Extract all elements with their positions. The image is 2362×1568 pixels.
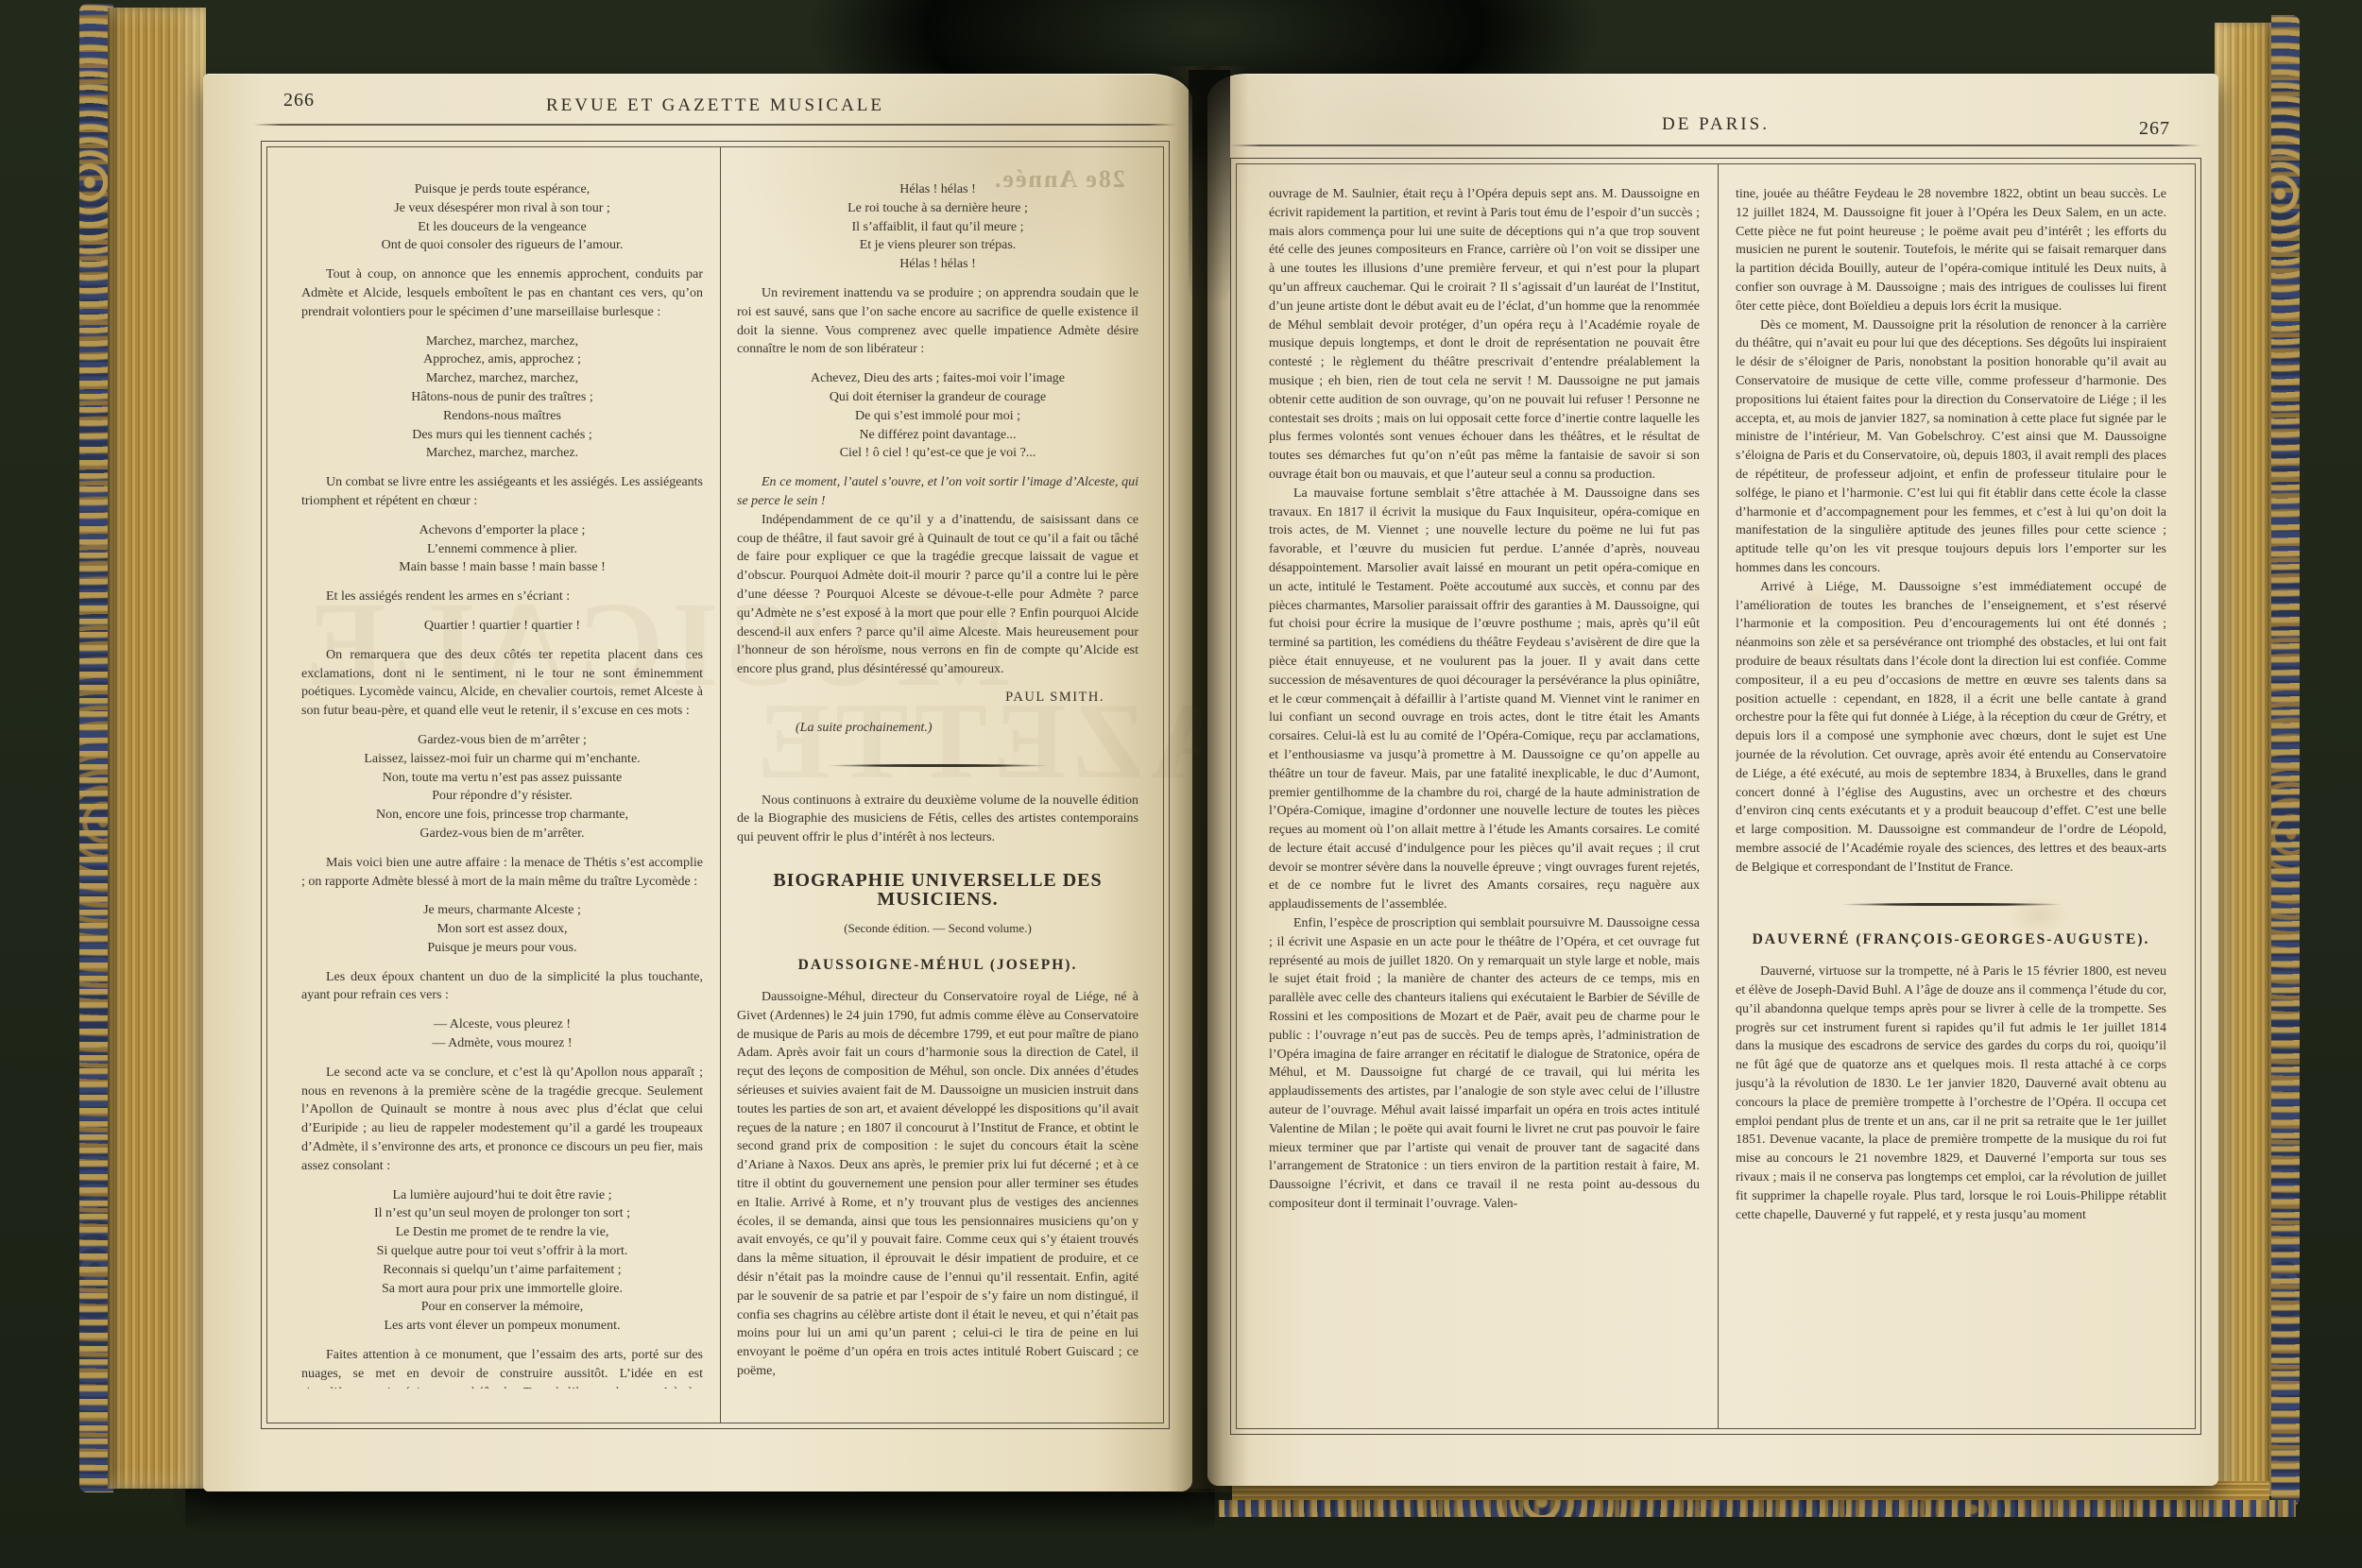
book-cover-edge-bottom — [1219, 1500, 2296, 1517]
column: tine, jouée au théâtre Feydeau le 28 nov… — [1736, 185, 2166, 1396]
verse-line: De qui s’est immolé pour moi ; — [737, 407, 1138, 426]
running-title-left: REVUE ET GAZETTE MUSICALE — [261, 95, 1170, 116]
verse-line: Gardez-vous bien de m’arrêter ; — [301, 731, 703, 750]
verse-line: Le Destin me promet de te rendre la vie, — [301, 1223, 703, 1242]
verse-line: Je veux désespérer mon rival à son tour … — [301, 199, 703, 218]
verse-line: Reconnais si quelqu’un t’aime parfaiteme… — [301, 1261, 703, 1280]
verse-line: Gardez-vous bien de m’arrêter. — [301, 825, 703, 844]
verse-line: Et je viens pleurer son trépas. — [737, 236, 1138, 255]
verse-line: Ne différez point davantage... — [737, 426, 1138, 445]
verse-line: Laissez, laissez-moi fuir un charme qui … — [301, 750, 703, 769]
verse-line: Marchez, marchez, marchez, — [301, 369, 703, 388]
verse-line: L’ennemi commence à plier. — [301, 540, 703, 559]
paragraph: Et les assiégés rendent les armes en s’é… — [301, 588, 703, 606]
paragraph: Dauverné, virtuose sur la trompette, né … — [1736, 963, 2166, 1224]
text-frame-left: Puisque je perds toute espérance,Je veux… — [261, 141, 1170, 1429]
paragraph: On remarquera que des deux côtés ter rep… — [301, 646, 703, 721]
paragraph: La mauvaise fortune semblait s’être atta… — [1269, 485, 1700, 914]
column-divider — [1718, 164, 1719, 1428]
verse-line: Ont de quoi consoler des rigueurs de l’a… — [301, 236, 703, 255]
verse-line: Hélas ! hélas ! — [737, 255, 1138, 274]
column-divider — [720, 147, 721, 1423]
entry-heading: DAUVERNÉ (FRANÇOIS-GEORGES-AUGUSTE). — [1736, 930, 2166, 949]
text-frame-right: ouvrage de M. Saulnier, était reçu à l’O… — [1230, 158, 2201, 1435]
paragraph: ouvrage de M. Saulnier, était reçu à l’O… — [1269, 185, 1700, 485]
page-left: 28e Année. MUSICALE GAZETTE 266 REVUE ET… — [203, 74, 1192, 1491]
verse-line: Je meurs, charmante Alceste ; — [301, 901, 703, 920]
verse: Quartier ! quartier ! quartier ! — [301, 617, 703, 636]
verse-line: Pour répondre d’y résister. — [301, 787, 703, 806]
verse-line: Non, toute ma vertu n’est pas assez puis… — [301, 769, 703, 788]
verse-line: Et les douceurs de la vengeance — [301, 218, 703, 237]
column: Puisque je perds toute espérance,Je veux… — [301, 170, 703, 1389]
entry-heading: DAUSSOIGNE-MÉHUL (JOSEPH). — [737, 956, 1138, 975]
page-shadow — [185, 1489, 1215, 1532]
verse-line: Marchez, marchez, marchez, — [301, 332, 703, 351]
continuation-note: (La suite prochainement.) — [796, 719, 1138, 738]
text-frame-inner: ouvrage de M. Saulnier, était reçu à l’O… — [1236, 163, 2196, 1429]
verse-line: Sa mort aura pour prix une immortelle gl… — [301, 1280, 703, 1299]
verse: Gardez-vous bien de m’arrêter ;Laissez, … — [301, 731, 703, 844]
verse-line: — Alceste, vous pleurez ! — [301, 1015, 703, 1034]
verse-line: Quartier ! quartier ! quartier ! — [301, 617, 703, 636]
paragraph: Un revirement inattendu va se produire ;… — [737, 284, 1138, 359]
paragraph: En ce moment, l’autel s’ouvre, et l’on v… — [737, 473, 1138, 511]
page-right: DE PARIS. 267 ouvrage de M. Saulnier, ét… — [1207, 74, 2218, 1486]
section-divider — [1840, 903, 2062, 906]
verse: Hélas ! hélas !Le roi touche à sa derniè… — [737, 180, 1138, 274]
verse-line: Les arts vont élever un pompeux monument… — [301, 1317, 703, 1336]
verse-line: Puisque je perds toute espérance, — [301, 180, 703, 199]
verse: Achevez, Dieu des arts ; faites-moi voir… — [737, 369, 1138, 463]
paragraph: Tout à coup, on annonce que les ennemis … — [301, 265, 703, 321]
verse-line: Marchez, marchez, marchez. — [301, 444, 703, 463]
verse: La lumière aujourd’hui te doit être ravi… — [301, 1186, 703, 1336]
verse-line: Achevez, Dieu des arts ; faites-moi voir… — [737, 369, 1138, 388]
verse-line: Ciel ! ô ciel ! qu’est-ce que je voi ?..… — [737, 444, 1138, 463]
paragraph: Faites attention à ce monument, que l’es… — [301, 1346, 703, 1389]
article-heading: BIOGRAPHIE UNIVERSELLE DES MUSICIENS. — [737, 872, 1138, 910]
author-signature: PAUL SMITH. — [737, 689, 1138, 707]
verse-line: Hélas ! hélas ! — [737, 180, 1138, 199]
verse-line: Le roi touche à sa dernière heure ; — [737, 199, 1138, 218]
page-edges-left — [108, 8, 206, 1489]
paragraph: Nous continuons à extraire du deuxième v… — [737, 792, 1138, 847]
verse-line: Il s’affaiblit, il faut qu’il meure ; — [737, 218, 1138, 237]
verse-line: La lumière aujourd’hui te doit être ravi… — [301, 1186, 703, 1205]
article-subheading: (Seconde édition. — Second volume.) — [737, 919, 1138, 938]
verse-line: Puisque je meurs pour vous. — [301, 939, 703, 958]
paragraph: Dès ce moment, M. Daussoigne prit la rés… — [1736, 316, 2166, 578]
paragraph: Enfin, l’espèce de proscription qui semb… — [1269, 914, 1700, 1214]
text-frame-inner: Puisque je perds toute espérance,Je veux… — [266, 146, 1164, 1423]
verse-line: Pour en conserver la mémoire, — [301, 1298, 703, 1317]
paragraph: Indépendamment de ce qu’il y a d’inatten… — [737, 511, 1138, 679]
verse-line: Achevons d’emporter la place ; — [301, 521, 703, 540]
verse: Puisque je perds toute espérance,Je veux… — [301, 180, 703, 255]
verse-line: Rendons-nous maîtres — [301, 407, 703, 426]
book-cover-edge-right — [2271, 15, 2300, 1506]
verse-line: — Admète, vous mourez ! — [301, 1034, 703, 1053]
paragraph: Mais voici bien une autre affaire : la m… — [301, 854, 703, 892]
paragraph: Daussoigne-Méhul, directeur du Conservat… — [737, 988, 1138, 1381]
head-rule — [1230, 145, 2201, 146]
verse-line: Approchez, amis, approchez ; — [301, 350, 703, 369]
verse-line: Mon sort est assez doux, — [301, 920, 703, 939]
verse-line: Qui doit éterniser la grandeur de courag… — [737, 388, 1138, 407]
verse-line: Non, encore une fois, princesse trop cha… — [301, 806, 703, 825]
book-photo: 28e Année. MUSICALE GAZETTE 266 REVUE ET… — [0, 0, 2362, 1568]
paragraph: Les deux époux chantent un duo de la sim… — [301, 968, 703, 1006]
verse-line: Main basse ! main basse ! main basse ! — [301, 558, 703, 577]
head-rule — [253, 124, 1176, 126]
verse: — Alceste, vous pleurez !— Admète, vous … — [301, 1015, 703, 1053]
page-edges-right — [2215, 23, 2275, 1496]
verse-line: Hâtons-nous de punir des traîtres ; — [301, 388, 703, 407]
paragraph: Arrivé à Liége, M. Daussoigne s’est immé… — [1736, 578, 2166, 878]
column: Hélas ! hélas !Le roi touche à sa derniè… — [737, 170, 1138, 1389]
paragraph: tine, jouée au théâtre Feydeau le 28 nov… — [1736, 185, 2166, 316]
running-title-right: DE PARIS. — [1230, 114, 2201, 135]
paragraph: Le second acte va se conclure, et c’est … — [301, 1064, 703, 1176]
verse-line: Il n’est qu’un seul moyen de prolonger t… — [301, 1204, 703, 1223]
column: ouvrage de M. Saulnier, était reçu à l’O… — [1269, 185, 1700, 1396]
page-number-right: 267 — [2139, 118, 2170, 140]
verse: Je meurs, charmante Alceste ;Mon sort es… — [301, 901, 703, 957]
section-divider — [827, 764, 1049, 767]
verse-line: Des murs qui les tiennent cachés ; — [301, 426, 703, 445]
paragraph: Un combat se livre entre les assiégeants… — [301, 473, 703, 511]
verse-line: Si quelque autre pour toi veut s’offrir … — [301, 1242, 703, 1261]
verse: Marchez, marchez, marchez,Approchez, ami… — [301, 332, 703, 464]
verse: Achevons d’emporter la place ;L’ennemi c… — [301, 521, 703, 577]
